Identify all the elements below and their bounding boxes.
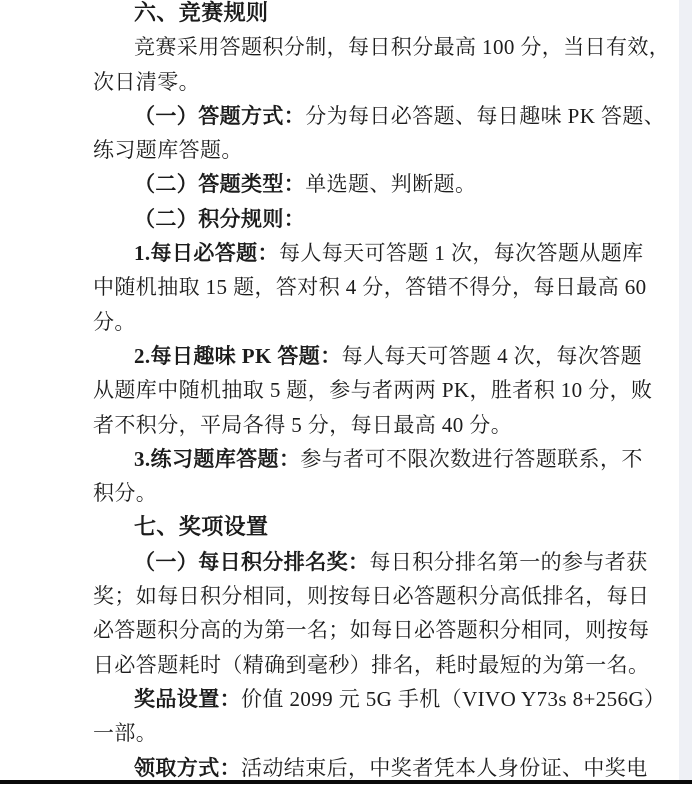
document-line: 奖品设置：价值 2099 元 5G 手机（VIVO Y73s 8+256G）: [93, 682, 665, 716]
bold-text-segment: 七、奖项设置: [134, 514, 268, 539]
text-segment: 每人每天可答题 1 次，每次答题从题库: [279, 241, 644, 265]
text-segment: 奖；如每日积分相同，则按每日必答题积分高低排名，每日: [93, 584, 649, 608]
document-line: 从题库中随机抽取 5 题，参与者两两 PK，胜者积 10 分，败: [93, 373, 665, 407]
document-line: （一）答题方式：分为每日必答题、每日趣味 PK 答题、: [93, 99, 665, 133]
section-heading-line: 七、奖项设置: [93, 510, 665, 544]
document-line: 奖；如每日积分相同，则按每日必答题积分高低排名，每日: [93, 579, 665, 613]
document-line: 一部。: [93, 716, 665, 750]
document-line: （二）答题类型：单选题、判断题。: [93, 167, 665, 201]
text-segment: 分为每日必答题、每日趣味 PK 答题、: [305, 104, 665, 128]
document-line: 中随机抽取 15 题，答对积 4 分，答错不得分，每日最高 60: [93, 270, 665, 304]
bold-text-segment: 奖品设置：: [134, 687, 241, 711]
bold-text-segment: 六、竞赛规则: [134, 0, 268, 25]
text-segment: 必答题积分高的为第一名；如每日必答题积分相同，则按每: [93, 618, 649, 642]
document-line: 必答题积分高的为第一名；如每日必答题积分相同，则按每: [93, 613, 665, 647]
text-segment: 价值 2099 元 5G 手机（VIVO Y73s 8+256G）: [241, 687, 665, 711]
document-line: 积分。: [93, 476, 665, 510]
document-line: 次日清零。: [93, 65, 665, 99]
bold-text-segment: 2.每日趣味 PK 答题：: [134, 344, 342, 368]
document-page: 六、竞赛规则竞赛采用答题积分制，每日积分最高 100 分，当日有效，次日清零。（…: [0, 0, 692, 788]
bold-text-segment: 1.每日必答题：: [134, 241, 279, 265]
document-line: 3.练习题库答题：参与者可不限次数进行答题联系，不: [93, 442, 665, 476]
document-content: 六、竞赛规则竞赛采用答题积分制，每日积分最高 100 分，当日有效，次日清零。（…: [93, 0, 665, 785]
text-segment: 一部。: [93, 721, 157, 745]
text-segment: 活动结束后，中奖者凭本人身份证、中奖电: [241, 756, 648, 780]
document-line: 竞赛采用答题积分制，每日积分最高 100 分，当日有效，: [93, 30, 665, 64]
text-segment: 中随机抽取 15 题，答对积 4 分，答错不得分，每日最高 60: [93, 275, 647, 299]
bottom-border-bar: [0, 780, 692, 784]
text-segment: 分。: [93, 310, 136, 334]
text-segment: 每人每天可答题 4 次，每次答题: [342, 344, 642, 368]
bold-text-segment: 3.练习题库答题：: [134, 447, 300, 471]
text-segment: 单选题、判断题。: [305, 172, 476, 196]
document-line: 2.每日趣味 PK 答题：每人每天可答题 4 次，每次答题: [93, 339, 665, 373]
section-heading-line: 六、竞赛规则: [93, 0, 665, 30]
bold-text-segment: 领取方式：: [134, 756, 241, 780]
text-segment: 次日清零。: [93, 70, 200, 94]
document-line: 分。: [93, 305, 665, 339]
text-segment: 日必答题耗时（精确到毫秒）排名，耗时最短的为第一名。: [93, 653, 649, 677]
document-line: 练习题库答题。: [93, 133, 665, 167]
document-line: （二）积分规则：: [93, 202, 665, 236]
bold-text-segment: （二）答题类型：: [134, 172, 305, 196]
text-segment: 积分。: [93, 481, 157, 505]
text-segment: 每日积分排名第一的参与者获: [369, 550, 647, 574]
bold-text-segment: （一）每日积分排名奖：: [134, 550, 369, 574]
bold-text-segment: （二）积分规则：: [134, 207, 305, 231]
text-segment: 竞赛采用答题积分制，每日积分最高 100 分，当日有效，: [134, 35, 670, 59]
text-segment: 参与者可不限次数进行答题联系，不: [300, 447, 642, 471]
document-line: 日必答题耗时（精确到毫秒）排名，耗时最短的为第一名。: [93, 648, 665, 682]
document-line: 1.每日必答题：每人每天可答题 1 次，每次答题从题库: [93, 236, 665, 270]
document-line: 者不积分，平局各得 5 分，每日最高 40 分。: [93, 408, 665, 442]
page-edge-strip: [679, 0, 692, 781]
text-segment: 从题库中随机抽取 5 题，参与者两两 PK，胜者积 10 分，败: [93, 378, 652, 402]
text-segment: 者不积分，平局各得 5 分，每日最高 40 分。: [93, 413, 512, 437]
bold-text-segment: （一）答题方式：: [134, 104, 305, 128]
text-segment: 练习题库答题。: [93, 138, 243, 162]
document-line: （一）每日积分排名奖：每日积分排名第一的参与者获: [93, 545, 665, 579]
